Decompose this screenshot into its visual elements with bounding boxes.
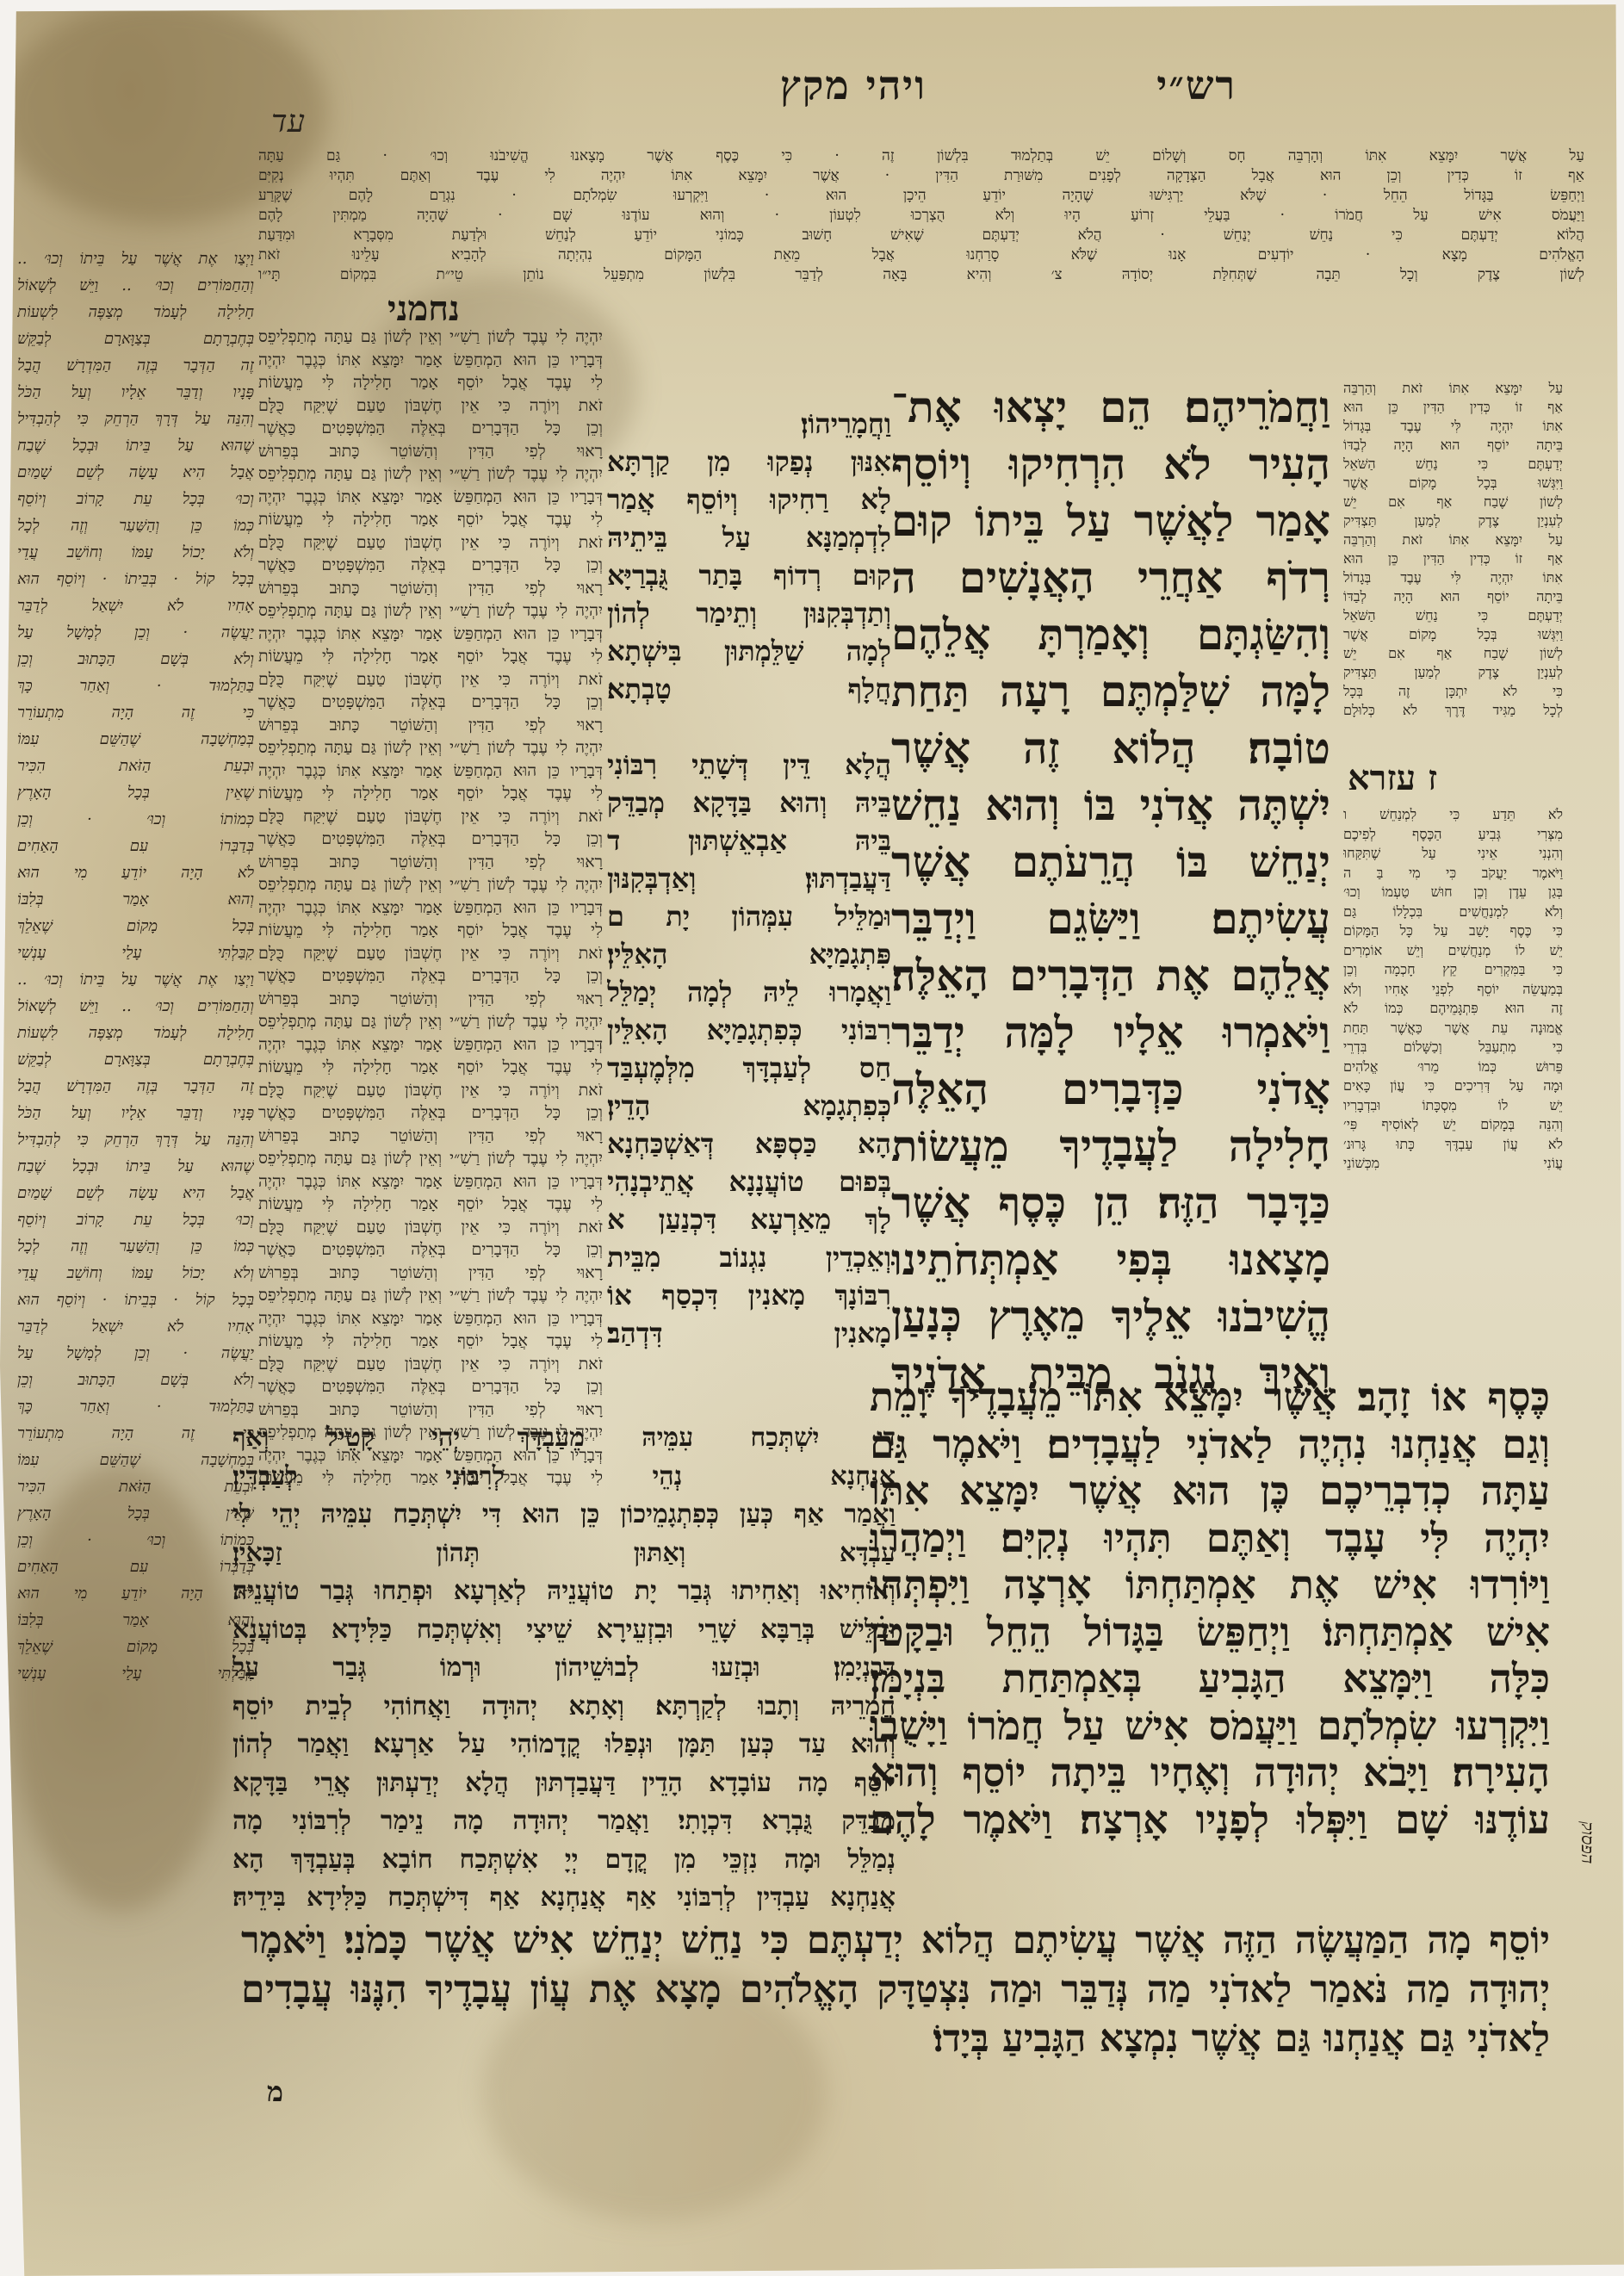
targum-line: מְבַדֵּק גֻּבְרָא דִּכְוָתִי׃ וַאֲמַר יְ… bbox=[232, 1802, 896, 1841]
commentary-line: לְעִנְיַן צֶדֶק לְמַעַן תַּצְדִּיק bbox=[1343, 512, 1563, 530]
commentary-line: וְהִנְנִי אֵינִי עַל שֶׁתִּקַּחוּ bbox=[1343, 844, 1563, 864]
commentary-line: זֹאת וְיוֹרֶה כִּי אֵין חֶשְׁבּוֹן טַעַם… bbox=[258, 531, 603, 555]
marginal-note-line: וַיְצַו אֶת אֲשֶׁר עַל בֵּיתוֹ וְכוּ׳ .. bbox=[17, 966, 254, 993]
verse-line: כַּדָּבָר הַזֶּה׃ הֵן כֶּסֶף אֲשֶׁר bbox=[891, 1175, 1330, 1231]
marginal-note-line: וְהוּא אָמַר בְּלִבּוֹ bbox=[17, 1607, 254, 1634]
commentary-line: לִי עֶבֶד אֲבָל יוֹסֵף אָמַר חָלִילָה לִ… bbox=[258, 371, 603, 394]
verse-line: עַתָּה כְדִבְרֵיכֶם כֶּן הוּא אֲשֶׁר יִמ… bbox=[870, 1467, 1550, 1515]
targum-line: וְאֵכְדֵין נִגְנוֹב מִבֵּית bbox=[607, 1238, 891, 1276]
marginal-note-line: אָחִיו לֹא יִשְׁאַל לְדַבֵּר bbox=[17, 1313, 254, 1340]
marginal-note-line: פָּנָיו וְדַבֵּר אֵלָיו וְעַל הַכֹּל bbox=[17, 1100, 254, 1126]
commentary-line: וְכֵן כָּל הַדְּבָרִים בְּאֵלֶּה הַמִּשְ… bbox=[258, 1375, 603, 1398]
commentary-line: יִהְיֶה לִי עֶבֶד לְשׁוֹן רַשִׁ״י וְאֵין… bbox=[258, 462, 603, 486]
commentary-line: אַף זוֹ כְּדִין וְכֵן הוּא אֲבָל הַצְּדָ… bbox=[258, 166, 1584, 186]
commentary-line: דְּבָרָיו כֵּן הוּא הַמְחַפֵּשׂ אָמַר יִ… bbox=[258, 1170, 603, 1194]
marginal-note-line: כִּי זֶה הָיָה מִתְעוֹרֵר bbox=[17, 699, 254, 726]
commentary-line: יִהְיֶה לִי עֶבֶד לְשׁוֹן רַשִׁ״י וְאֵין… bbox=[258, 326, 603, 349]
commentary-line: בֵּיתָה יוֹסֵף הוּא הָיָה לְבַדּוֹ bbox=[1343, 587, 1563, 606]
verse-line: חָלִילָה לַעֲבָדֶיךָ מֵעֲשׂוֹת bbox=[891, 1118, 1330, 1175]
verse-line: יוֹסֵף מָה הַמַּעֲשֶׂה הַזֶּה אֲשֶׁר עֲש… bbox=[241, 1916, 1550, 1965]
targum-line: דִּי יִשְׁתְּכַח עִמֵּיהּ מֵעַבְדָּךְ יְ… bbox=[232, 1419, 896, 1458]
verse-line: לָמָּה שִׁלַּמְתֶּם רָעָה תַּחַת bbox=[891, 663, 1330, 720]
verse-line: הָעִיר לֹא הִרְחִיקוּ וְיוֹסֵף bbox=[891, 436, 1330, 493]
commentary-line: זֹאת וְיוֹרֶה כִּי אֵין חֶשְׁבּוֹן טַעַם… bbox=[258, 1079, 603, 1102]
commentary-line: זֹאת וְיוֹרֶה כִּי אֵין חֶשְׁבּוֹן טַעַם… bbox=[258, 668, 603, 691]
marginal-note-line: כְּמוֹתוֹ וְכוּ׳ · וְכֵן bbox=[17, 806, 254, 833]
verse-line: לַאדֹנִי גַּם אֲנַחְנוּ גַּם אֲשֶׁר נִמְ… bbox=[241, 2014, 1550, 2063]
commentary-line: וְכֵן כָּל הַדְּבָרִים בְּאֵלֶּה הַמִּשְ… bbox=[258, 964, 603, 988]
onkelos-targum-narrow: וַחֲמָרֵיהוֹן׃ אִנּוּן נְפַקוּ מִן קַרְת… bbox=[607, 405, 891, 1352]
commentary-line: לֹא עֲוֹן עַבְדֶּךָ כָּתוּ גָּרוּנ׳ bbox=[1343, 1135, 1563, 1155]
commentary-line: לְשׁוֹן שֶׁבַח אַף אִם יֵשׁ bbox=[1343, 644, 1563, 663]
commentary-line: לְשׁוֹן צֶדֶק וְכָל תֵּבָה שֶׁתְּחִלַּת … bbox=[258, 265, 1584, 285]
commentary-line: רָאוּי לְפִי הַדִּין וְהַשּׁוֹטֵר כָּתוּ… bbox=[258, 988, 603, 1011]
commentary-line: לִי עֶבֶד אֲבָל יוֹסֵף אָמַר חָלִילָה לִ… bbox=[258, 508, 603, 531]
commentary-line: זֹאת וְיוֹרֶה כִּי אֵין חֶשְׁבּוֹן טַעַם… bbox=[258, 942, 603, 965]
marginal-note-line: פָּנָיו וְדַבֵּר אֵלָיו וְעַל הַכֹּל bbox=[17, 379, 254, 406]
verse-line: הָעִירָה׃ וַיָּבֹא יְהוּדָה וְאֶחָיו בֵּ… bbox=[870, 1749, 1550, 1796]
spacer bbox=[607, 708, 891, 746]
targum-line: קוּם רְדוֹף בָּתַר גֻּבְרַיָּא bbox=[607, 556, 891, 594]
commentary-line: דְּבָרָיו כֵּן הוּא הַמְחַפֵּשׂ אָמַר יִ… bbox=[258, 1033, 603, 1057]
commentary-line: וְכֵן כָּל הַדְּבָרִים בְּאֵלֶּה הַמִּשְ… bbox=[258, 554, 603, 577]
targum-line: הָא כַּסְפָּא דְּאַשְׁכַּחְנָא bbox=[607, 1125, 891, 1163]
ramban-commentary: יִהְיֶה לִי עֶבֶד לְשׁוֹן רַשִׁ״י וְאֵין… bbox=[258, 326, 603, 1490]
folio-page: רש״י ויהי מקץ עד עַל אֲשֶׁר יִמָּצֵא אִת… bbox=[0, 0, 1624, 2276]
targum-line: לָא רַחִיקוּ וְיוֹסֵף אֲמַר bbox=[607, 481, 891, 518]
commentary-line: וַיְחַפֵּשׂ בַּגָּדוֹל הֵחֵל · שֶׁלֹּא י… bbox=[258, 186, 1584, 206]
marginal-note-line: וּבְעֵת הַזֹּאת הִכִּיר bbox=[17, 1473, 254, 1500]
marginal-note-line: יַעֲשֶׂה · וְכֵן לְמָשָׁל עַל bbox=[17, 1340, 254, 1367]
verse-line: יְנַחֵשׁ בּוֹ הֲרֵעֹתֶם אֲשֶׁר bbox=[891, 834, 1330, 890]
commentary-line: זֶה הוּא פִּתְגָּמֵיהֶם כְּמוֹ לֹא bbox=[1343, 999, 1563, 1019]
marginal-note-line: חָלִילָה לְעָמֹד מְצַפֶּה לִשְׁעוֹת bbox=[17, 1020, 254, 1046]
marginal-note-line: קִבַּלְתִּי עָלַי עָנְשִׁי bbox=[17, 1660, 254, 1687]
marginal-note-line: שֶׁהוּא עַל בֵּיתוֹ וּבְכָל שֶׁבַח bbox=[17, 432, 254, 459]
commentary-line: זֹאת וְיוֹרֶה כִּי אֵין חֶשְׁבּוֹן טַעַם… bbox=[258, 394, 603, 418]
commentary-line: יֵשׁ לוֹ מִסְכָּתוֹ וּבִדְבָרִיו bbox=[1343, 1096, 1563, 1116]
verse-line: וַיֹּאמְרוּ אֵלָיו לָמָּה יְדַבֵּר bbox=[891, 1004, 1330, 1061]
marginal-note-line: וְלֹא בְּשָׁם הַכָּתוּב וְכֵן bbox=[17, 1367, 254, 1393]
commentary-line: לִי עֶבֶד אֲבָל יוֹסֵף אָמַר חָלִילָה לִ… bbox=[258, 1193, 603, 1216]
commentary-line: וְלֹא לִמְנַחֲשִׁים בִּכְלָלוֹ גַּם bbox=[1343, 902, 1563, 922]
ramban-heading: נחמני bbox=[387, 288, 460, 329]
verse-line: עוֹדֶנּוּ שָׁם וַיִּפְּלוּ לְפָנָיו אָרְ… bbox=[870, 1796, 1550, 1844]
marginal-note-line: וְלֹא בְּשָׁם הַכָּתוּב וְכֵן bbox=[17, 646, 254, 673]
commentary-line: יִהְיֶה לִי עֶבֶד לְשׁוֹן רַשִׁ״י וְאֵין… bbox=[258, 1010, 603, 1033]
targum-line: וַאֲמָרוּ לֵיהּ לְמָה יְמַלֵּל bbox=[607, 973, 891, 1011]
commentary-line: וַיִּגְּשׁוּ בְּכָל מָקוֹם אֲשֶׁר bbox=[1343, 474, 1563, 493]
commentary-line: לִי עֶבֶד אֲבָל יוֹסֵף אָמַר חָלִילָה לִ… bbox=[258, 645, 603, 668]
running-head-rashi: רש״י bbox=[1156, 62, 1237, 109]
signature-mark: מ bbox=[267, 2075, 283, 2108]
targum-line: דַּעֲבַדְתּוּן׃ וְאַדְבְּקִנּוּן bbox=[607, 859, 891, 897]
commentary-line: וְכֵן כָּל הַדְּבָרִים בְּאֵלֶּה הַמִּשְ… bbox=[258, 691, 603, 714]
commentary-line: וַיֹּאמֶר יַעֲקֹב כִּי מִי בַּ ה bbox=[1343, 864, 1563, 884]
commentary-line: פֵּרוּשׁ כְּמוֹ מֵרוּ׳ אֱלֹהִים bbox=[1343, 1057, 1563, 1077]
commentary-line: עַל יִמָּצֵא אִתּוֹ זֹאת וְהַרְבֵּה bbox=[1343, 379, 1563, 398]
marginal-note-line: בְּחֶבְרָתָם בְּצַוָּארָם לְבַקֵּשׁ bbox=[17, 326, 254, 352]
targum-line: וְתַדְבְּקִנּוּן וְתֵימַר לְהוֹן bbox=[607, 594, 891, 632]
onkelos-targum-wide: דִּי יִשְׁתְּכַח עִמֵּיהּ מֵעַבְדָּךְ יְ… bbox=[232, 1419, 896, 1918]
verse-line: וְהִשַּׂגְתָּם וְאָמַרְתָּ אֲלֵהֶם bbox=[891, 606, 1330, 663]
marginal-note-line: וְכוּ׳ בְּכָל עֵת קָרוֹב וְיוֹסֵף bbox=[17, 486, 254, 512]
commentary-line: אִתּוֹ יִהְיֶה לִּי עֶבֶד בְּגָדוֹל bbox=[1343, 417, 1563, 436]
commentary-line: עֲוֹנִי מִכְּשׁוֹנֵי bbox=[1343, 1154, 1563, 1174]
targum-line: וְאוֹחִיאוּ וְאַחִיתוּ גְּבַר יָת טוֹעֲנ… bbox=[232, 1572, 896, 1611]
marginal-note-line: כְּמוֹ כֵּן וְהַשַּׁעַר וְזֶה לְכָל bbox=[17, 1233, 254, 1260]
verse-line: וַיִּקְרְעוּ שִׂמְלֹתָם וַיַּעֲמֹס אִישׁ… bbox=[870, 1702, 1550, 1750]
marginal-note-line: בְּדַבְּרוֹ עִם הָאַחִים bbox=[17, 833, 254, 859]
marginal-note-line: זֶה הַדְּבָר בְּזֶה הַמִּדְרָשׁ הֲבָל bbox=[17, 1073, 254, 1100]
targum-line: רִבּוֹנָךְ מָאנִין דִּכְסַף אוֹ bbox=[607, 1276, 891, 1314]
marginal-note-line: חָלִילָה לְעָמֹד מְצַפֶּה לִשְׁעוֹת bbox=[17, 299, 254, 326]
marginal-note-line: וַיְצַו אֶת אֲשֶׁר עַל בֵּיתוֹ וְכוּ׳ .. bbox=[17, 245, 254, 272]
verse-line: וַיּוֹרִדוּ אִישׁ אֶת אַמְתַּחְתּוֹ אָרְ… bbox=[870, 1561, 1550, 1609]
commentary-line: רָאוּי לְפִי הַדִּין וְהַשּׁוֹטֵר כָּתוּ… bbox=[258, 577, 603, 600]
targum-line: יוֹסֵף מָה עוֹבָדָא הָדֵין דַּעֲבַדְתּוּ… bbox=[232, 1764, 896, 1803]
commentary-line: כִּי כֶּסֶף יָשַׁב עַל כָּל הַמָּקוֹם bbox=[1343, 921, 1563, 941]
marginal-note-line: בְּכָל מָקוֹם שֶׁאֵלֵךְ bbox=[17, 1634, 254, 1660]
commentary-line: דְּבָרָיו כֵּן הוּא הַמְחַפֵּשׂ אָמַר יִ… bbox=[258, 486, 603, 509]
commentary-line: כִּי לֹא יִתְכָּן זֶה בְּכָל bbox=[1343, 682, 1563, 701]
commentary-line: בְּגַן עֵדֶן וְכֵן חוּשׁ טַעְמוֹ וְכוּ׳ bbox=[1343, 883, 1563, 902]
commentary-line: יִהְיֶה לִי עֶבֶד לְשׁוֹן רַשִׁ״י וְאֵין… bbox=[258, 1147, 603, 1170]
commentary-line: לִי עֶבֶד אֲבָל יוֹסֵף אָמַר חָלִילָה לִ… bbox=[258, 1056, 603, 1079]
marginal-note-line: כְּמוֹ כֵּן וְהַשַּׁעַר וְזֶה לְכָל bbox=[17, 512, 254, 539]
marginal-note-line: אָחִיו לֹא יִשְׁאַל לְדַבֵּר bbox=[17, 592, 254, 619]
commentary-line: וְכֵן כָּל הַדְּבָרִים בְּאֵלֶּה הַמִּשְ… bbox=[258, 828, 603, 851]
commentary-line: וְכֵן כָּל הַדְּבָרִים בְּאֵלֶּה הַמִּשְ… bbox=[258, 417, 603, 440]
marginal-note-line: וּבְעֵת הַזֹּאת הִכִּיר bbox=[17, 753, 254, 779]
commentary-line: יֵשׁ לוֹ מְנַחֲשִׁים וְיֵשׁ אוֹמְרִים bbox=[1343, 941, 1563, 961]
verse-line: מָצָאנוּ בְּפִי אַמְתְּחֹתֵינוּ bbox=[891, 1231, 1330, 1288]
torah-text-bottom: יוֹסֵף מָה הַמַּעֲשֶׂה הַזֶּה אֲשֶׁר עֲש… bbox=[241, 1916, 1550, 2063]
torah-text-wide: כֶּסֶף אוֹ זָהָב׃ אֲשֶׁר יִמָּצֵא אִתּוֹ… bbox=[870, 1374, 1550, 1843]
targum-line: חֲמָרֵיהּ וְתָבוּ לְקַרְתָּא׃ וְאָתָא יְ… bbox=[232, 1688, 896, 1727]
commentary-line: יְדַעְתֶּם כִּי נַחֵשׁ הַשֹּׁאֵל bbox=[1343, 606, 1563, 625]
targum-line: רִבּוֹנִי כְּפִתְגָמַיָּא הָאִלֵּין bbox=[607, 1011, 891, 1049]
marginal-note-line: בְּכָל קוֹל · בְּבֵיתוֹ · וְיוֹסֵף הוּא bbox=[17, 1287, 254, 1313]
marginal-note-line: וְלֹא יָכוֹל עַמּוֹ וְחוֹשֵׁב עֲדֵי bbox=[17, 1260, 254, 1287]
marginal-note-line: יַעֲשֶׂה · וְכֵן לְמָשָׁל עַל bbox=[17, 619, 254, 646]
handwritten-marginalia: וַיְצַו אֶת אֲשֶׁר עַל בֵּיתוֹ וְכוּ׳ ..… bbox=[17, 245, 254, 1687]
commentary-line: לִי עֶבֶד אֲבָל יוֹסֵף אָמַר חָלִילָה לִ… bbox=[258, 1330, 603, 1353]
verse-line: אֲדֹנִי כַּדְּבָרִים הָאֵלֶּה bbox=[891, 1061, 1330, 1118]
commentary-line: בֵּיתָה יוֹסֵף הוּא הָיָה לְבַדּוֹ bbox=[1343, 436, 1563, 455]
targum-line: לָךְ מֵאַרְעָא דִּכְנַעַן א bbox=[607, 1200, 891, 1238]
marginal-note-line: וְהַחַמּוֹרִים וְכוּ׳ .. וַיֵּשׁ לְשָׁאו… bbox=[17, 993, 254, 1020]
marginal-note-line: וְהִנֵּה עַל דְּרָךְ הַרְחֵק כִּי לְהַבְ… bbox=[17, 406, 254, 432]
marginal-note-line: וְלֹא יָכוֹל עַמּוֹ וְחוֹשֵׁב עֲדֵי bbox=[17, 539, 254, 566]
targum-line: עַבְדָּא וְאַתּוּן תְּהוֹן זַכָּאִין׃ bbox=[232, 1535, 896, 1573]
commentary-line: אַף זוֹ כְּדִין הַדִּין כֵּן הוּא bbox=[1343, 398, 1563, 417]
commentary-line: לִי עֶבֶד אֲבָל יוֹסֵף אָמַר חָלִילָה לִ… bbox=[258, 919, 603, 942]
marginal-note-line: בְּדַבְּרוֹ עִם הָאַחִים bbox=[17, 1554, 254, 1580]
commentary-line: עַל אֲשֶׁר יִמָּצֵא אִתּוֹ וְהָרְבֵּה חָ… bbox=[258, 146, 1584, 166]
commentary-line: אַף זוֹ כְּדִין הַדִּין כֵּן הוּא bbox=[1343, 549, 1563, 568]
targum-line: אֲנַחְנָא עַבְדִּין לְרִבּוֹנִי אַף אֲנַ… bbox=[232, 1879, 896, 1918]
commentary-line: יִהְיֶה לִי עֶבֶד לְשׁוֹן רַשִׁ״י וְאֵין… bbox=[258, 599, 603, 623]
commentary-line: רָאוּי לְפִי הַדִּין וְהַשּׁוֹטֵר כָּתוּ… bbox=[258, 714, 603, 737]
commentary-line: לִי עֶבֶד אֲבָל יוֹסֵף אָמַר חָלִילָה לִ… bbox=[258, 782, 603, 805]
targum-line: הֲלָא דֵּין דְּשָׁתֵי רִבּוֹנִי bbox=[607, 746, 891, 784]
commentary-line: זֹאת וְיוֹרֶה כִּי אֵין חֶשְׁבּוֹן טַעַם… bbox=[258, 1353, 603, 1376]
commentary-line: רָאוּי לְפִי הַדִּין וְהַשּׁוֹטֵר כָּתוּ… bbox=[258, 440, 603, 463]
verse-line: טוֹבָה׃ הֲלוֹא זֶה אֲשֶׁר bbox=[891, 720, 1330, 777]
commentary-line: וַיַּעֲמֹס אִישׁ עַל חֲמֹרוֹ · בַּעֲלֵי … bbox=[258, 206, 1584, 226]
targum-line: לְמָה שַׁלֵּמְתּוּן בִּישְׁתָא bbox=[607, 632, 891, 670]
targum-line: כְּפִתְגָמָא הָדֵין׃ bbox=[607, 1087, 891, 1125]
marginal-note-line: אֲבָל הִיא עָשָׂה לְשֵׁם שָׁמַיִם bbox=[17, 459, 254, 486]
commentary-line: רָאוּי לְפִי הַדִּין וְהַשּׁוֹטֵר כָּתוּ… bbox=[258, 851, 603, 874]
commentary-line: וְהִנֵּה בְּמָקוֹם יֵשׁ לְאוֹסִיף פִּי׳ bbox=[1343, 1115, 1563, 1135]
commentary-line: זֹאת וְיוֹרֶה כִּי אֵין חֶשְׁבּוֹן טַעַם… bbox=[258, 805, 603, 828]
commentary-line: הָאֱלֹהִים מָצָא · יוֹדְעִים אָנוּ שֶׁלֹ… bbox=[258, 245, 1584, 265]
marginal-note-line: בַּתַּלְמוּד · וְאַחַר כָּךְ bbox=[17, 1393, 254, 1420]
marginal-note-line: וְהַחַמּוֹרִים וְכוּ׳ .. וַיֵּשׁ לְשָׁאו… bbox=[17, 272, 254, 299]
verse-line: יְהוּדָה מַה נֹּאמַר לַאדֹנִי מַה נְּדַב… bbox=[241, 1965, 1550, 2014]
commentary-line: רָאוּי לְפִי הַדִּין וְהַשּׁוֹטֵר כָּתוּ… bbox=[258, 1398, 603, 1422]
commentary-line: זֹאת וְיוֹרֶה כִּי אֵין חֶשְׁבּוֹן טַעַם… bbox=[258, 1216, 603, 1239]
commentary-line: רָאוּי לְפִי הַדִּין וְהַשּׁוֹטֵר כָּתוּ… bbox=[258, 1125, 603, 1148]
commentary-line: יִהְיֶה לִי עֶבֶד לְשׁוֹן רַשִׁ״י וְאֵין… bbox=[258, 736, 603, 760]
commentary-line: מִצְּרִי גְּבִיעַ הַכֶּסֶף לְפִיכֶם bbox=[1343, 825, 1563, 845]
verse-line: וְגַם אֲנַחְנוּ נִהְיֶה לַאדֹנִי לַעֲבָד… bbox=[870, 1421, 1550, 1468]
commentary-line: דְּבָרָיו כֵּן הוּא הַמְחַפֵּשׂ אָמַר יִ… bbox=[258, 349, 603, 372]
verse-line: יִהְיֶה לִּי עָבֶד וְאַתֶּם תִּהְיוּ נְק… bbox=[870, 1515, 1550, 1562]
marginal-note-line: כִּי זֶה הָיָה מִתְעוֹרֵר bbox=[17, 1420, 254, 1447]
targum-line: פִּתְגָמַיָּא הָאִלֵּין׃ bbox=[607, 935, 891, 973]
commentary-line: לְעִנְיַן צֶדֶק לְמַעַן תַּצְדִּיק bbox=[1343, 663, 1563, 682]
targum-line: בֵּיהּ אַבְאֵשְׁתּוּן ד bbox=[607, 822, 891, 859]
targum-line: חֲלָף טָבְתָא׃ bbox=[607, 670, 891, 708]
marginal-note-line: אֲבָל הִיא עָשָׂה לְשֵׁם שָׁמַיִם bbox=[17, 1180, 254, 1206]
commentary-line: כִּי בַּמִּקְרִים קֵץ חָכְמָה וְכֵן bbox=[1343, 960, 1563, 980]
commentary-line: אֱמוּנָה עֵת אֲשֶׁר כַּאֲשֶׁר תַּחַת bbox=[1343, 1019, 1563, 1039]
verse-line: יִשְׁתֶּה אֲדֹנִי בּוֹ וְהוּא נַחֵשׁ bbox=[891, 777, 1330, 834]
commentary-line: יְדַעְתֶּם כִּי נַחֵשׁ הַשֹּׁאֵל bbox=[1343, 455, 1563, 474]
commentary-line: וְכֵן כָּל הַדְּבָרִים בְּאֵלֶּה הַמִּשְ… bbox=[258, 1238, 603, 1262]
ibn-ezra-top-commentary: עַל יִמָּצֵא אִתּוֹ זֹאת וְהַרְבֵּה אַף … bbox=[1343, 379, 1563, 720]
commentary-line: דְּבָרָיו כֵּן הוּא הַמְחַפֵּשׂ אָמַר יִ… bbox=[258, 623, 603, 646]
verse-line: אָמַר לַאֲשֶׁר עַל בֵּיתוֹ קוּם bbox=[891, 493, 1330, 549]
targum-line: בְּפוּם טוֹעֲנָנָא אֲתֵיבְנָהִי bbox=[607, 1163, 891, 1200]
marginal-note-line: בְּכָל קוֹל · בְּבֵיתוֹ · וְיוֹסֵף הוּא bbox=[17, 566, 254, 592]
verse-line: כֶּסֶף אוֹ זָהָב׃ אֲשֶׁר יִמָּצֵא אִתּוֹ… bbox=[870, 1374, 1550, 1421]
commentary-line: וַיִּגְּשׁוּ בְּכָל מָקוֹם אֲשֶׁר bbox=[1343, 625, 1563, 644]
commentary-line: דְּבָרָיו כֵּן הוּא הַמְחַפֵּשׂ אָמַר יִ… bbox=[258, 760, 603, 783]
targum-line: נְמַלֵּל וּמָה נִזְכֵּי מִן קֳדָם יְיָ א… bbox=[232, 1841, 896, 1880]
targum-line: בֵּיהּ וְהוּא בַּדָּקָא מְבַדֵּק bbox=[607, 784, 891, 822]
verse-line: וַחֲמֹרֵיהֶם׃ הֵם יָצְאוּ אֶת־ bbox=[891, 379, 1330, 436]
running-head-parasha: ויהי מקץ bbox=[780, 62, 927, 109]
marginal-note-line: בְּמַחְשָׁבָה שֶׁהַשֵּׁם עִמּוֹ bbox=[17, 1447, 254, 1473]
commentary-line: דְּבָרָיו כֵּן הוּא הַמְחַפֵּשׂ אָמַר יִ… bbox=[258, 1307, 603, 1330]
verse-line: אֲלֵהֶם אֶת הַדְּבָרִים הָאֵלֶּה׃ bbox=[891, 947, 1330, 1004]
verse-line: רְדֹף אַחֲרֵי הָאֲנָשִׁים ה bbox=[891, 549, 1330, 606]
targum-line: לִדְמְמַנָּא עַל בֵּיתֵיהּ bbox=[607, 518, 891, 556]
commentary-line: הֲלוֹא יְדַעְתֶּם כִּי נַחֵשׁ יְנַחֵשׁ ·… bbox=[258, 226, 1584, 245]
marginal-note-line: וְכוּ׳ בְּכָל עֵת קָרוֹב וְיוֹסֵף bbox=[17, 1206, 254, 1233]
rashi-top-commentary: עַל אֲשֶׁר יִמָּצֵא אִתּוֹ וְהָרְבֵּה חָ… bbox=[258, 146, 1584, 285]
verse-line: אִישׁ אַמְתַּחְתּוֹ׃ וַיְחַפֵּשׂ בַּגָּד… bbox=[870, 1609, 1550, 1656]
targum-line: מָאנִין דִּדְהַב׃ bbox=[607, 1314, 891, 1352]
commentary-line: כִּי מִתְעַבֵּל וְכַשָּׁלוֹם בִּדְרֵי bbox=[1343, 1038, 1563, 1057]
commentary-line: יִהְיֶה לִי עֶבֶד לְשׁוֹן רַשִׁ״י וְאֵין… bbox=[258, 873, 603, 896]
targum-line: וַאֲמַר אַף כְּעַן כְּפִתְגָמֵיכוֹן כֵּן… bbox=[232, 1496, 896, 1535]
verse-line: כִּלָּה וַיִּמָּצֵא הַגָּבִיעַ בְּאַמְתַ… bbox=[870, 1655, 1550, 1702]
commentary-line: אִתּוֹ יִהְיֶה לִּי עֶבֶד בְּגָדוֹל bbox=[1343, 568, 1563, 587]
targum-line: אִנּוּן נְפַקוּ מִן קַרְתָּא bbox=[607, 443, 891, 481]
marginal-note-line: וְהִנֵּה עַל דְּרָךְ הַרְחֵק כִּי לְהַבְ… bbox=[17, 1126, 254, 1153]
targum-line: אֲנַחְנָא נְהֵי לְרִבּוֹנִי לְעַבְדִּין׃ bbox=[232, 1458, 896, 1497]
marginal-note-line: כְּמוֹתוֹ וְכוּ׳ · וְכֵן bbox=[17, 1527, 254, 1554]
targum-line: דְּבִנְיָמִן׃ וּבְזַעוּ לְבוּשֵׁיהוֹן וּ… bbox=[232, 1649, 896, 1688]
commentary-line: יִהְיֶה לִי עֶבֶד לְשׁוֹן רַשִׁ״י וְאֵין… bbox=[258, 1284, 603, 1307]
verse-line: הֱשִׁיבֹנוּ אֵלֶיךָ מֵאֶרֶץ כְּנָעַן bbox=[891, 1288, 1330, 1345]
commentary-line: וְכֵן כָּל הַדְּבָרִים בְּאֵלֶּה הַמִּשְ… bbox=[258, 1101, 603, 1125]
targum-line: וּמַלֵּיל עִמְּהוֹן יָת ם bbox=[607, 897, 891, 935]
targum-line: וַחֲמָרֵיהוֹן׃ bbox=[607, 405, 891, 443]
commentary-line: וּמָה עַל דְּרִיכִים כִּי עֲוֹן כָּאִים bbox=[1343, 1076, 1563, 1096]
marginal-note-line: בְּכָל מָקוֹם שֶׁאֵלֵךְ bbox=[17, 913, 254, 940]
marginal-note-line: בְּמַחְשָׁבָה שֶׁהַשֵּׁם עִמּוֹ bbox=[17, 726, 254, 753]
targum-line: חַס לְעַבְדָּךְ מִלְּמֶעְבַּד bbox=[607, 1049, 891, 1087]
commentary-line: לְשׁוֹן שֶׁבַח אַף אִם יֵשׁ bbox=[1343, 493, 1563, 512]
marginal-note-line: שֶׁהוּא עַל בֵּיתוֹ וּבְכָל שֶׁבַח bbox=[17, 1153, 254, 1180]
commentary-line: לְכָל מַגִּיד דֶּרֶךְ לֹא כְּלוּלָם bbox=[1343, 701, 1563, 720]
verse-line: עֲשִׂיתֶם׃ וַיַּשִּׂגֵם וַיְדַבֵּר bbox=[891, 890, 1330, 947]
ibn-ezra-commentary: לֹא תֵּדַע כִּי לִמְנַחֵשׁ ו מִצְּרִי גְ… bbox=[1343, 805, 1563, 1174]
targum-line: וְהוּא עַד כְּעַן תַּמָּן וּנְפַלוּ קֳדָ… bbox=[232, 1726, 896, 1764]
commentary-line: לֹא תֵּדַע כִּי לִמְנַחֵשׁ ו bbox=[1343, 805, 1563, 825]
targum-line: וּבַלֵּישׁ בְּרַבָּא שָׁרֵי וּבִזְעֵירָא… bbox=[232, 1611, 896, 1650]
marginal-note-line: שֶׁאֵין בְּכָל הָאָרֶץ bbox=[17, 779, 254, 806]
marginal-note-line: זֶה הַדְּבָר בְּזֶה הַמִּדְרָשׁ הֲבָל bbox=[17, 352, 254, 379]
folio-number: עד bbox=[271, 103, 305, 140]
commentary-line: בְּמַעֲשֵׂה יוֹסֵף לִפְנֵי אָחִיו וְלֹא bbox=[1343, 980, 1563, 1000]
commentary-line: רָאוּי לְפִי הַדִּין וְהַשּׁוֹטֵר כָּתוּ… bbox=[258, 1262, 603, 1285]
torah-text-narrow: וַחֲמֹרֵיהֶם׃ הֵם יָצְאוּ אֶת־ הָעִיר לֹ… bbox=[891, 379, 1330, 1402]
commentary-line: עַל יִמָּצֵא אִתּוֹ זֹאת וְהַרְבֵּה bbox=[1343, 530, 1563, 549]
marginal-note-line: לֹא הָיָה יוֹדֵעַ מִי הוּא bbox=[17, 859, 254, 886]
right-margin-note: הפסוק bbox=[1578, 1821, 1598, 1864]
ibn-ezra-heading: ז עזרא bbox=[1348, 758, 1437, 798]
marginal-note-line: קִבַּלְתִּי עָלַי עָנְשִׁי bbox=[17, 940, 254, 966]
marginal-note-line: שֶׁאֵין בְּכָל הָאָרֶץ bbox=[17, 1500, 254, 1527]
commentary-line: דְּבָרָיו כֵּן הוּא הַמְחַפֵּשׂ אָמַר יִ… bbox=[258, 896, 603, 920]
marginal-note-line: בְּחֶבְרָתָם בְּצַוָּארָם לְבַקֵּשׁ bbox=[17, 1046, 254, 1073]
marginal-note-line: לֹא הָיָה יוֹדֵעַ מִי הוּא bbox=[17, 1580, 254, 1607]
marginal-note-line: בַּתַּלְמוּד · וְאַחַר כָּךְ bbox=[17, 673, 254, 699]
marginal-note-line: וְהוּא אָמַר בְּלִבּוֹ bbox=[17, 886, 254, 913]
